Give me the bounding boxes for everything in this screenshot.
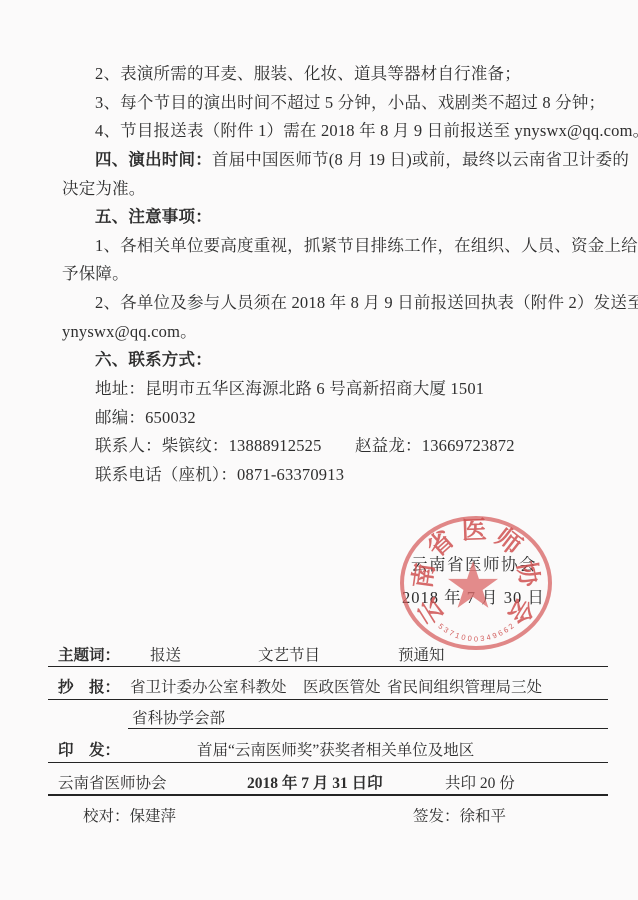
seal-code-digit: 9 bbox=[491, 632, 497, 640]
line-text: 4、节目报送表（附件 1）需在 2018 年 8 月 9 日前报送至 ynysw… bbox=[95, 121, 638, 140]
keyword-1: 报送 bbox=[150, 646, 181, 666]
cc-unit-3: 医政医管处 bbox=[303, 678, 381, 698]
line-text: 邮编：650032 bbox=[95, 408, 196, 427]
seal-ring-char: 南 bbox=[410, 562, 438, 590]
notice-body: 2、表演所需的耳麦、服装、化妆、道具等器材自行准备； 3、每个节目的演出时间不超… bbox=[62, 60, 614, 490]
line-text: 联系电话（座机）：0871-63370913 bbox=[95, 465, 344, 484]
seal-ring-char: 医 bbox=[461, 518, 487, 544]
body-line: 2、表演所需的耳麦、服装、化妆、道具等器材自行准备； bbox=[62, 60, 614, 89]
keyword-2: 文艺节目 bbox=[258, 646, 320, 666]
line-text: 3、每个节目的演出时间不超过 5 分钟，小品、戏剧类不超过 8 分钟； bbox=[95, 93, 605, 112]
body-line: 4、节目报送表（附件 1）需在 2018 年 8 月 9 日前报送至 ynysw… bbox=[62, 117, 614, 146]
cc-label: 抄 报： bbox=[58, 678, 120, 698]
body-line: 1、各相关单位要高度重视，抓紧节目排练工作，在组织、人员、资金上给 bbox=[62, 232, 614, 261]
issuing-org: 云南省医师协会 bbox=[58, 774, 167, 794]
cc-unit-5: 省科协学会部 bbox=[132, 709, 225, 729]
line-bold-prefix: 四、演出时间： bbox=[95, 150, 212, 169]
footer-row-cc: 抄 报： 省卫计委办公室 科教处 医政医管处 省民间组织管理局三处 bbox=[48, 678, 608, 700]
body-line: 联系电话（座机）：0871-63370913 bbox=[62, 461, 614, 490]
seal-code-digit: 1 bbox=[454, 632, 460, 640]
body-line: ynyswx@qq.com。 bbox=[62, 318, 614, 347]
distribution-value: 首届“云南医师奖”获奖者相关单位及地区 bbox=[197, 741, 474, 761]
print-date: 2018 年 7 月 31 日印 bbox=[247, 774, 383, 794]
line-text: 决定为准。 bbox=[62, 179, 146, 198]
seal-code-digit: 0 bbox=[461, 633, 467, 641]
cc-unit-4: 省民间组织管理局三处 bbox=[387, 678, 542, 698]
seal-code-digit: 0 bbox=[474, 635, 478, 643]
line-text: 地址：昆明市五华区海源北路 6 号高新招商大厦 1501 bbox=[95, 379, 484, 398]
body-line: 五、注意事项： bbox=[62, 203, 614, 232]
signer: 签发：徐和平 bbox=[413, 807, 506, 827]
line-bold-prefix: 六、联系方式： bbox=[95, 350, 212, 369]
line-text: 首届中国医师节(8 月 19 日)或前，最终以云南省卫计委的 bbox=[212, 150, 629, 169]
seal-ring-char: 省 bbox=[424, 527, 459, 562]
cc-unit-1: 省卫计委办公室 bbox=[130, 678, 239, 698]
body-line: 予保障。 bbox=[62, 260, 614, 289]
body-line: 四、演出时间：首届中国医师节(8 月 19 日)或前，最终以云南省卫计委的 bbox=[62, 146, 614, 175]
line-text: 2、各单位及参与人员须在 2018 年 8 月 9 日前报送回执表（附件 2）发… bbox=[95, 293, 638, 312]
line-text: 予保障。 bbox=[62, 264, 129, 283]
body-line: 联系人：柴镔纹：13888912525 赵益龙：13669723872 bbox=[62, 432, 614, 461]
line-bold-prefix: 五、注意事项： bbox=[95, 207, 212, 226]
footer-row-distribution: 印 发： 首届“云南医师奖”获奖者相关单位及地区 bbox=[48, 741, 608, 763]
line-text: 联系人：柴镔纹：13888912525 赵益龙：13669723872 bbox=[95, 436, 515, 455]
distribution-label: 印 发： bbox=[58, 741, 120, 761]
seal-code-digit: 3 bbox=[480, 635, 485, 643]
body-line: 3、每个节目的演出时间不超过 5 分钟，小品、戏剧类不超过 8 分钟； bbox=[62, 89, 614, 118]
body-line: 邮编：650032 bbox=[62, 404, 614, 433]
official-seal: 云南省医师协会 5371000349662 bbox=[400, 516, 552, 650]
seal-code-digit: 4 bbox=[486, 633, 492, 641]
proofreader: 校对：保建萍 bbox=[83, 807, 176, 827]
seal-ring-char: 师 bbox=[490, 524, 525, 559]
footer-row-proof-sign: 校对：保建萍 签发：徐和平 bbox=[48, 807, 608, 829]
footer-row-print-info: 云南省医师协会 2018 年 7 月 31 日印 共印 20 份 bbox=[48, 774, 608, 796]
body-line: 2、各单位及参与人员须在 2018 年 8 月 9 日前报送回执表（附件 2）发… bbox=[62, 289, 614, 318]
line-text: 2、表演所需的耳麦、服装、化妆、道具等器材自行准备； bbox=[95, 64, 521, 83]
cc-unit-2: 科教处 bbox=[240, 678, 287, 698]
footer-row-cc-continued: 省科协学会部 bbox=[128, 709, 608, 729]
body-line: 地址：昆明市五华区海源北路 6 号高新招商大厦 1501 bbox=[62, 375, 614, 404]
seal-code-digit: 0 bbox=[467, 635, 472, 643]
seal-star-icon bbox=[448, 561, 498, 608]
body-line: 六、联系方式： bbox=[62, 346, 614, 375]
footer-row-keywords: 主题词： 报送 文艺节目 预通知 bbox=[48, 646, 608, 667]
print-copies: 共印 20 份 bbox=[445, 774, 515, 794]
keywords-label: 主题词： bbox=[58, 646, 120, 666]
line-text: 1、各相关单位要高度重视，抓紧节目排练工作，在组织、人员、资金上给 bbox=[95, 236, 638, 255]
body-line: 决定为准。 bbox=[62, 175, 614, 204]
seal-ring-char: 协 bbox=[513, 559, 542, 588]
scanned-notice-page: 2、表演所需的耳麦、服装、化妆、道具等器材自行准备； 3、每个节目的演出时间不超… bbox=[0, 0, 638, 900]
keyword-3: 预通知 bbox=[398, 646, 445, 666]
line-text: ynyswx@qq.com。 bbox=[62, 322, 197, 341]
